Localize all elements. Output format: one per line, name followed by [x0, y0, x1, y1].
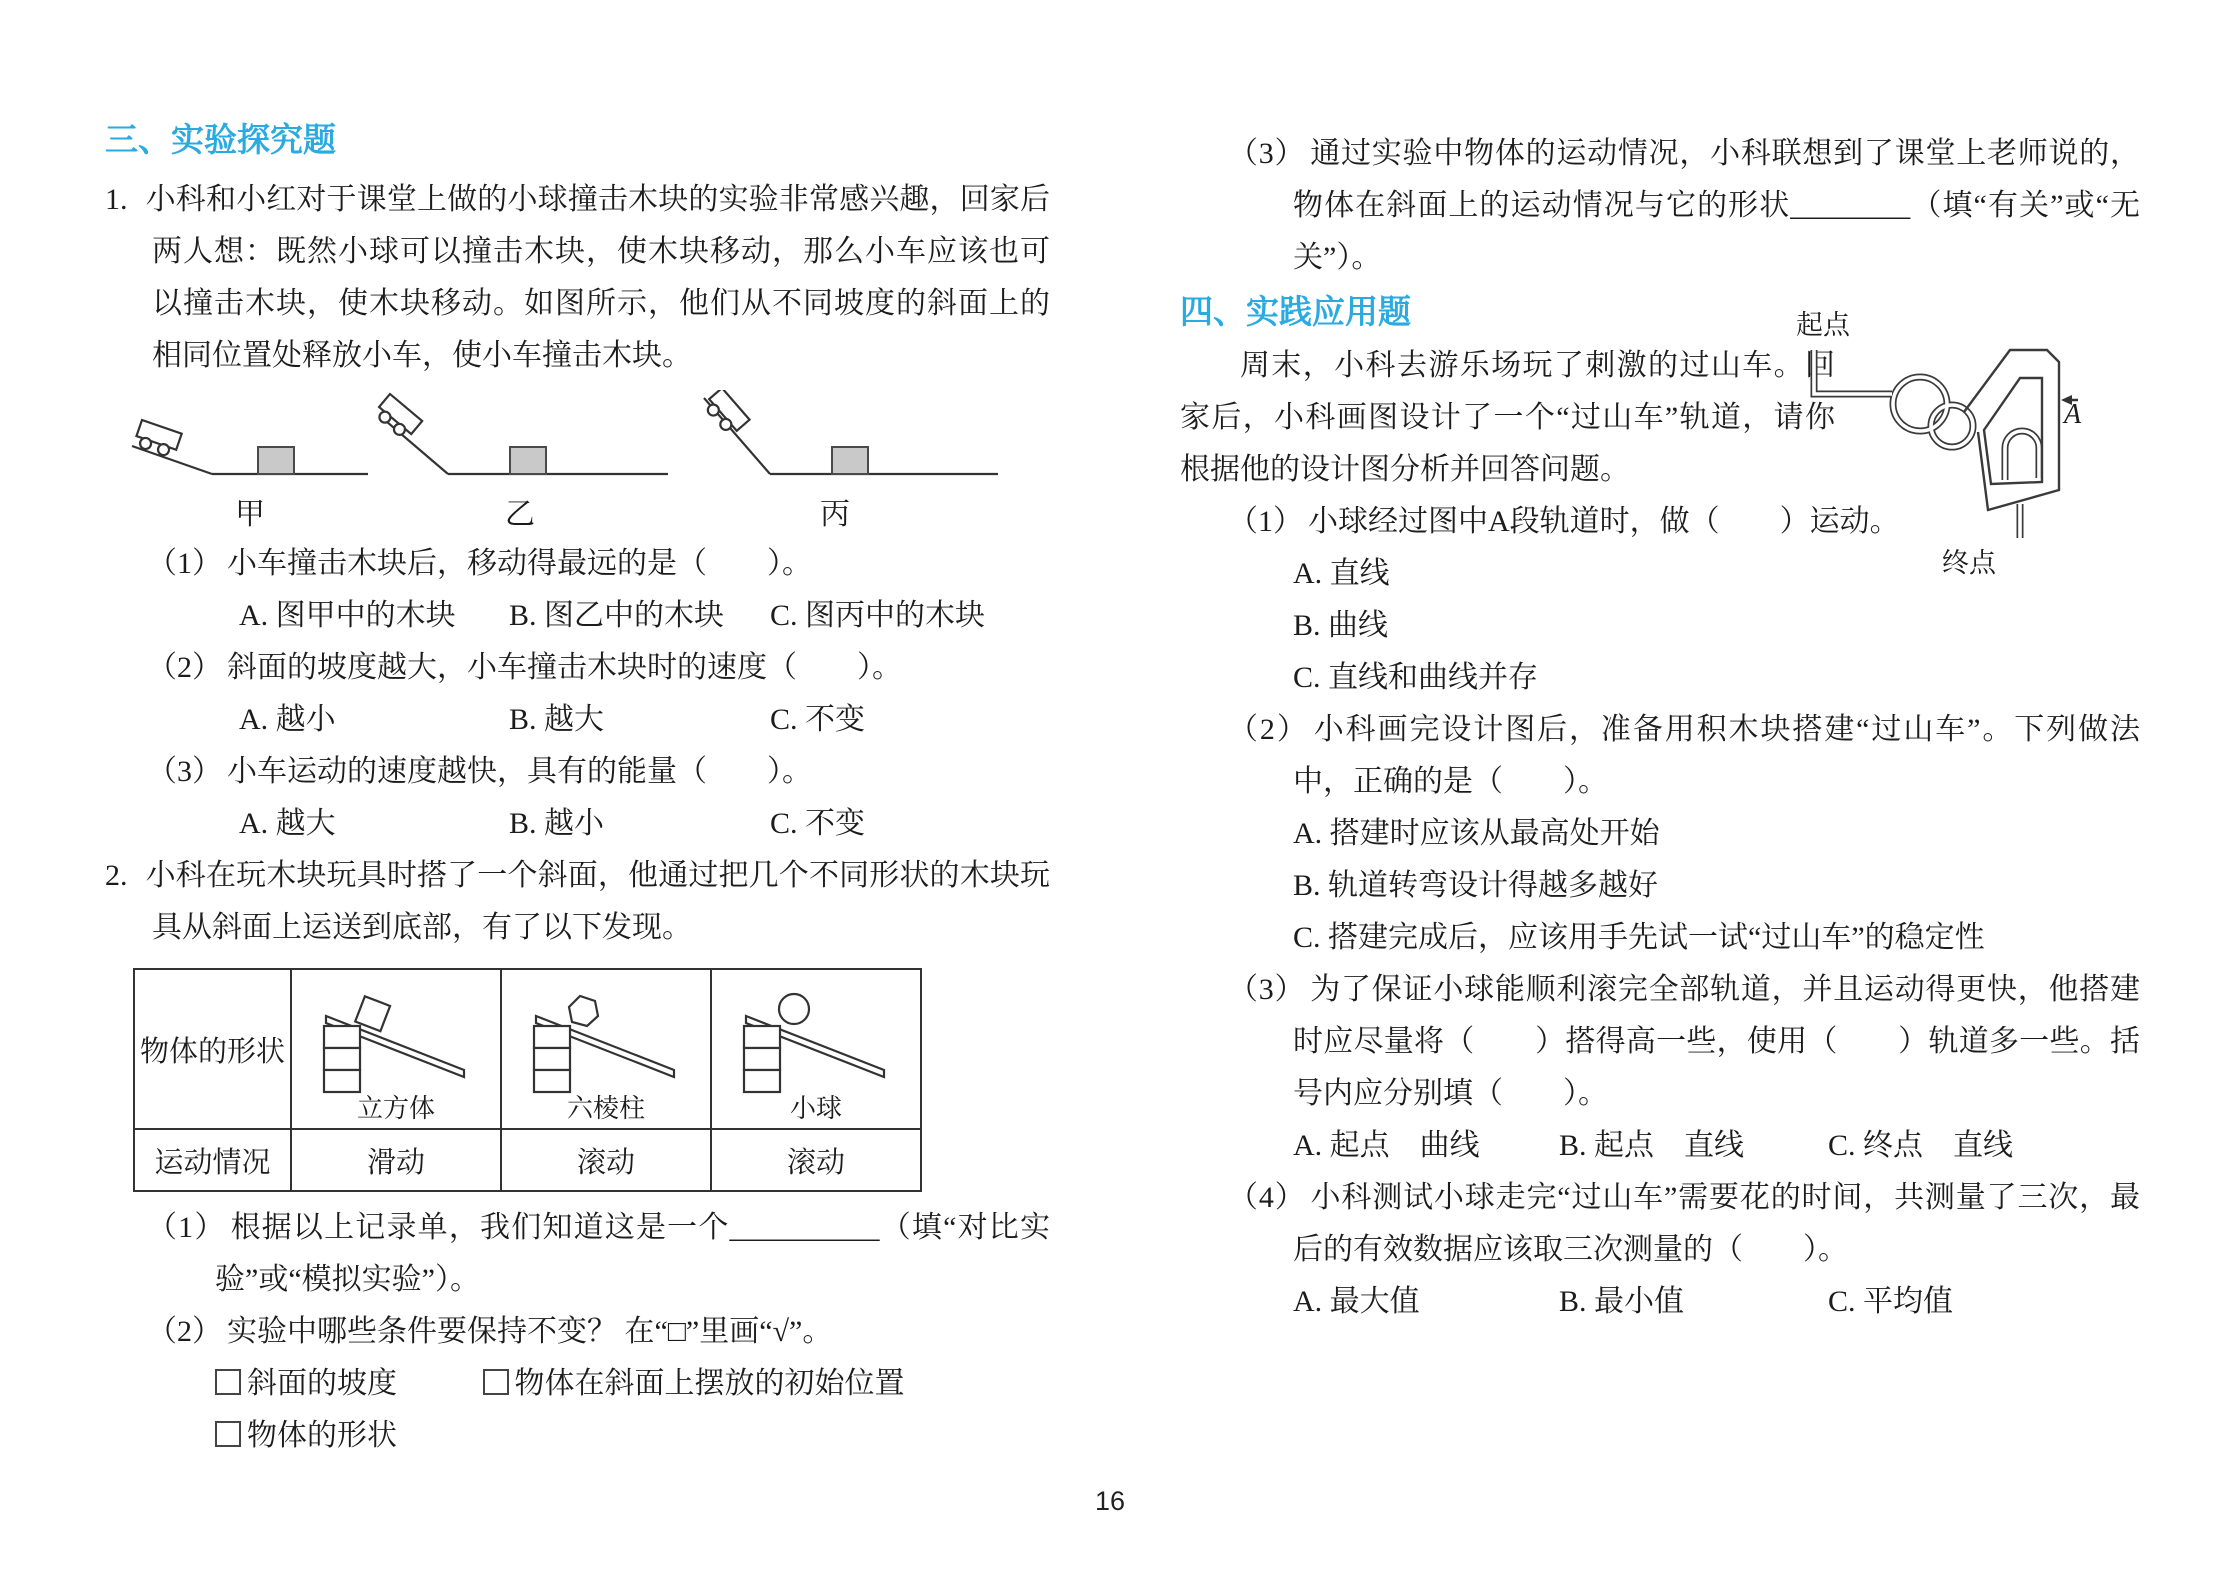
- q1-sub1-text: 小车撞击木块后，移动得最远的是（ ）。: [227, 547, 812, 580]
- roller-coaster-figure: 起点: [1792, 308, 2140, 588]
- incline-figure-bing: 丙: [670, 390, 1000, 532]
- motion-ball: 滚动: [711, 1129, 921, 1191]
- question-1: 1.小科和小红对于课堂上做的小球撞击木块的实验非常感兴趣，回家后两人想：既然小球…: [105, 174, 1050, 382]
- checkbox-item-shape: 物体的形状: [215, 1410, 397, 1462]
- wood-block: [510, 447, 546, 474]
- figure-label-yi: 乙: [505, 498, 535, 532]
- toy-cart: [373, 394, 422, 441]
- right-column: （3）通过实验中物体的运动情况，小科联想到了课堂上老师说的，物体在斜面上的运动情…: [1180, 0, 2140, 1328]
- q1-sub2: （2）斜面的坡度越大，小车撞击木块时的速度（ ）。: [105, 642, 1050, 694]
- q1-sub2-options: A. 越小B. 越大C. 不变: [105, 694, 1050, 746]
- track-outer-structure: [1964, 350, 2059, 510]
- q1-sub1: （1）小车撞击木块后，移动得最远的是（ ）。: [105, 538, 1050, 590]
- cell-cube: 立方体: [291, 969, 501, 1129]
- motion-hex: 滚动: [501, 1129, 711, 1191]
- q2-sub2-number: （2）: [147, 1315, 227, 1348]
- q1-sub2-text: 斜面的坡度越大，小车撞击木块时的速度（ ）。: [227, 651, 902, 684]
- toy-cart: [133, 420, 181, 459]
- figure-label-jia: 甲: [235, 498, 265, 532]
- incline-diagram-bing: [670, 390, 1000, 502]
- incline-figures: 甲 乙: [130, 390, 1050, 532]
- checkbox-label: 物体的形状: [247, 1419, 397, 1452]
- segment-a-letter: A: [2064, 399, 2081, 430]
- q2-sub3-number: （3）: [1228, 137, 1310, 170]
- shape-label-ball: 小球: [790, 1094, 842, 1124]
- q2-sub3: （3）通过实验中物体的运动情况，小科联想到了课堂上老师说的，物体在斜面上的运动情…: [1180, 128, 2140, 284]
- option-a: A. 图甲中的木块: [239, 590, 509, 642]
- q1-sub1-options: A. 图甲中的木块B. 图乙中的木块C. 图丙中的木块: [105, 590, 1050, 642]
- wood-block: [258, 447, 294, 474]
- option-b: B. 越小: [509, 798, 770, 850]
- option-b: B. 图乙中的木块: [509, 590, 770, 642]
- option-b: B. 越大: [509, 694, 770, 746]
- checkbox-item-position: 物体在斜面上摆放的初始位置: [483, 1358, 905, 1410]
- s4-sub3-options: A. 起点 曲线B. 起点 直线C. 终点 直线: [1180, 1120, 2140, 1172]
- option-b: B. 起点 直线: [1559, 1120, 1828, 1172]
- worksheet-page: 三、实验探究题 1.小科和小红对于课堂上做的小球撞击木块的实验非常感兴趣，回家后…: [0, 0, 2220, 1571]
- s4-sub1-number: （1）: [1228, 505, 1308, 538]
- checkbox-shape[interactable]: [215, 1421, 241, 1447]
- roller-coaster-track: [1792, 342, 2140, 542]
- s4-sub2-text: 小科画完设计图后，准备用积木块搭建“过山车”。下列做法中，正确的是（ ）。: [1293, 713, 2140, 798]
- checkbox-label: 物体在斜面上摆放的初始位置: [515, 1367, 905, 1400]
- section-4-intro: 周末，小科去游乐场玩了刺激的过山车。回家后，小科画图设计了一个“过山车”轨道，请…: [1180, 340, 1835, 496]
- q2-sub1-text: 根据以上记录单，我们知道这是一个__________（填“对比实验”或“模拟实验…: [215, 1211, 1050, 1296]
- option-a: A. 越小: [239, 694, 509, 746]
- option-c: C. 平均值: [1828, 1285, 1953, 1318]
- question-1-text: 小科和小红对于课堂上做的小球撞击木块的实验非常感兴趣，回家后两人想：既然小球可以…: [146, 183, 1051, 372]
- segment-a-label: A: [2064, 400, 2081, 430]
- option-a: A. 搭建时应该从最高处开始: [1180, 808, 2140, 860]
- s4-sub4-options: A. 最大值B. 最小值C. 平均值: [1180, 1276, 2140, 1328]
- question-2-number: 2.: [105, 859, 146, 892]
- option-c: C. 不变: [770, 807, 865, 840]
- slope-line: [132, 446, 212, 474]
- option-c: C. 直线和曲线并存: [1180, 652, 2140, 704]
- s4-sub4: （4）小科测试小球走完“过山车”需要花的时间，共测量了三次，最后的有效数据应该取…: [1180, 1172, 2140, 1276]
- support-blocks: [744, 1026, 780, 1092]
- section-3-title: 三、实验探究题: [105, 120, 1050, 160]
- cell-hex: 六棱柱: [501, 969, 711, 1129]
- question-1-number: 1.: [105, 183, 146, 216]
- support-blocks: [534, 1026, 570, 1092]
- q2-sub2-text: 实验中哪些条件要保持不变？ 在“□”里画“√”。: [227, 1315, 832, 1348]
- q2-sub3-text: 通过实验中物体的运动情况，小科联想到了课堂上老师说的，物体在斜面上的运动情况与它…: [1293, 137, 2140, 274]
- q2-sub1-number: （1）: [147, 1211, 231, 1244]
- option-b: B. 最小值: [1559, 1276, 1828, 1328]
- incline-figure-jia: 甲: [130, 390, 370, 532]
- checkbox-row-1: 斜面的坡度 物体在斜面上摆放的初始位置: [105, 1358, 1050, 1410]
- question-2-text: 小科在玩木块玩具时搭了一个斜面，他通过把几个不同形状的木块玩具从斜面上运送到底部…: [146, 859, 1051, 944]
- shape-label-hex: 六棱柱: [567, 1094, 645, 1124]
- support-blocks: [324, 1026, 360, 1092]
- cell-ball: 小球: [711, 969, 921, 1129]
- incline-figure-yi: 乙: [370, 390, 670, 532]
- record-table: 物体的形状: [133, 968, 922, 1192]
- q2-sub1: （1）根据以上记录单，我们知道这是一个__________（填“对比实验”或“模…: [105, 1202, 1050, 1306]
- option-a: A. 起点 曲线: [1293, 1120, 1559, 1172]
- question-2: 2.小科在玩木块玩具时搭了一个斜面，他通过把几个不同形状的木块玩具从斜面上运送到…: [105, 850, 1050, 954]
- ramp-ball-diagram: [736, 982, 896, 1094]
- checkbox-slope[interactable]: [215, 1369, 241, 1395]
- incline-diagram-jia: [130, 390, 370, 502]
- s4-sub4-text: 小科测试小球走完“过山车”需要花的时间，共测量了三次，最后的有效数据应该取三次测…: [1293, 1181, 2140, 1266]
- q1-sub3-options: A. 越大B. 越小C. 不变: [105, 798, 1050, 850]
- option-c: C. 搭建完成后，应该用手先试一试“过山车”的稳定性: [1180, 912, 2140, 964]
- ramp-hex-diagram: [526, 982, 686, 1094]
- row-header-motion: 运动情况: [134, 1129, 291, 1191]
- toy-cart: [702, 390, 750, 437]
- q1-sub3-text: 小车运动的速度越快，具有的能量（ ）。: [227, 755, 812, 788]
- q1-sub1-number: （1）: [147, 547, 227, 580]
- option-b: B. 轨道转弯设计得越多越好: [1180, 860, 2140, 912]
- s4-sub3: （3）为了保证小球能顺利滚完全部轨道，并且运动得更快，他搭建时应尽量将（ ）搭得…: [1180, 964, 2140, 1120]
- q1-sub2-number: （2）: [147, 651, 227, 684]
- left-column: 三、实验探究题 1.小科和小红对于课堂上做的小球撞击木块的实验非常感兴趣，回家后…: [105, 0, 1050, 1462]
- ball-shape: [779, 994, 809, 1024]
- checkbox-position[interactable]: [483, 1369, 509, 1395]
- wood-block: [832, 447, 868, 474]
- option-c: C. 图丙中的木块: [770, 599, 985, 632]
- table-row-motion: 运动情况 滑动 滚动 滚动: [134, 1129, 921, 1191]
- figure-label-bing: 丙: [820, 498, 850, 532]
- s4-sub4-number: （4）: [1228, 1181, 1311, 1214]
- s4-sub3-text: 为了保证小球能顺利滚完全部轨道，并且运动得更快，他搭建时应尽量将（ ）搭得高一些…: [1293, 973, 2140, 1110]
- track-outline-white: [1814, 350, 2039, 538]
- motion-cube: 滑动: [291, 1129, 501, 1191]
- shape-label-cube: 立方体: [357, 1094, 435, 1124]
- option-a: A. 越大: [239, 798, 509, 850]
- incline-diagram-yi: [370, 390, 670, 502]
- s4-sub2: （2）小科画完设计图后，准备用积木块搭建“过山车”。下列做法中，正确的是（ ）。: [1180, 704, 2140, 808]
- q1-sub3-number: （3）: [147, 755, 227, 788]
- row-header-shape: 物体的形状: [134, 969, 291, 1129]
- option-a: A. 最大值: [1293, 1276, 1559, 1328]
- q2-sub2: （2）实验中哪些条件要保持不变？ 在“□”里画“√”。: [105, 1306, 1050, 1358]
- q1-sub3: （3）小车运动的速度越快，具有的能量（ ）。: [105, 746, 1050, 798]
- option-b: B. 曲线: [1180, 600, 2140, 652]
- page-number: 16: [0, 1486, 2220, 1517]
- checkbox-label: 斜面的坡度: [247, 1367, 397, 1400]
- table-row-shape: 物体的形状: [134, 969, 921, 1129]
- end-point-label: 终点: [1942, 548, 1996, 578]
- checkbox-row-2: 物体的形状: [105, 1410, 1050, 1462]
- s4-sub3-number: （3）: [1228, 973, 1310, 1006]
- option-c: C. 终点 直线: [1828, 1129, 2013, 1162]
- ramp-cube-diagram: [316, 982, 476, 1094]
- s4-sub2-number: （2）: [1228, 713, 1314, 746]
- checkbox-item-slope: 斜面的坡度: [215, 1358, 475, 1410]
- option-c: C. 不变: [770, 703, 865, 736]
- hexagonal-prism-shape: [569, 996, 598, 1026]
- start-point-label: 起点: [1796, 310, 1850, 340]
